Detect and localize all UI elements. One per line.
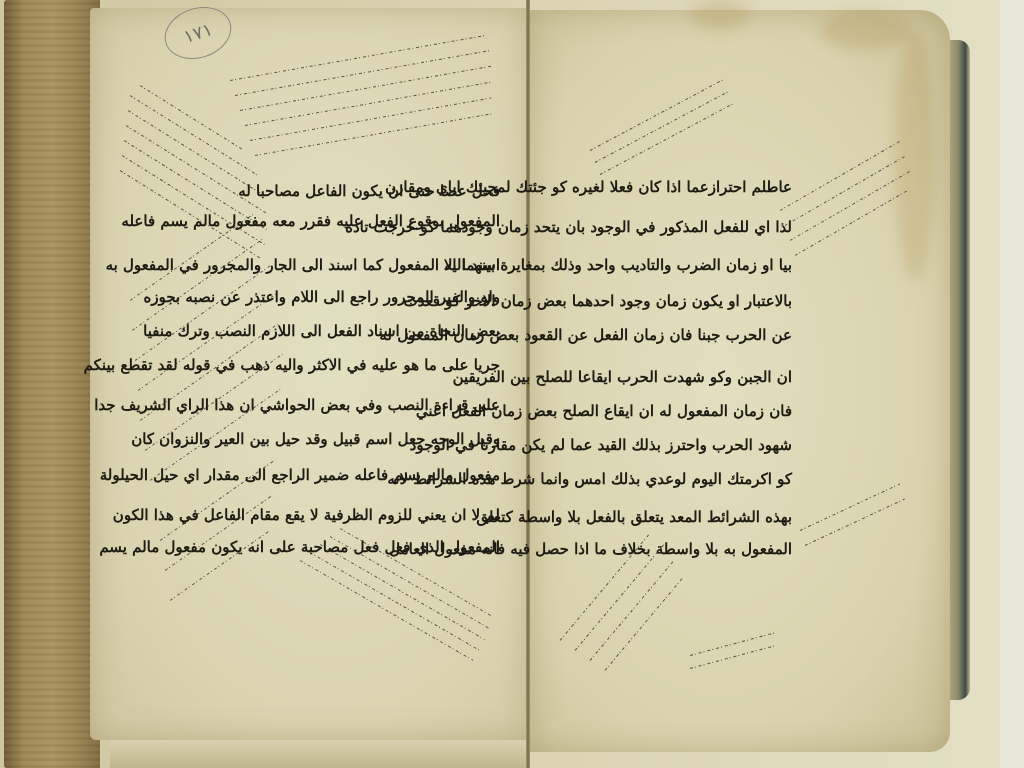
main-text-line: ان الجبن وكو شهدت الحرب ايقاعا للصلح بين… [453, 368, 792, 386]
main-text-line: شهود الحرب واحترز بذلك القيد عما لم يكن … [410, 436, 792, 454]
main-text-line: عاطلم احترازعما اذا كان فعلا لغيره كو جئ… [385, 178, 792, 196]
leather-cover-spine [4, 0, 100, 768]
main-text-line: بهذه الشرائط المعد يتعلق بالفعل بلا واسط… [476, 508, 792, 526]
main-text-line: جريا على ما هو عليه في الاكثر واليه ذهب … [84, 356, 500, 374]
main-text-line: فان زمان المفعول له ان ايقاع الصلح بعض ز… [416, 402, 792, 420]
water-stain [895, 30, 935, 280]
main-text-line: عن الحرب جبنا فان زمان الفعل عن القعود ب… [379, 326, 792, 344]
water-stain [820, 10, 910, 50]
main-text-line: بيا او زمان الضرب والتاديب واحد وذلك بمغ… [444, 256, 792, 274]
main-text-line: المفعول به بلا واسطة بخلاف ما اذا حصل في… [389, 540, 792, 558]
table-edge [1000, 0, 1024, 768]
main-text-line: كو اكرمتك اليوم لوعدي بذلك امس وانما شرط… [387, 470, 792, 488]
main-text-line: اسند اليه المفعول كما اسند الى الجار وال… [106, 256, 500, 274]
main-text-line: لم لا ان يعني للزوم الظرفية لا يقع مقام … [113, 506, 500, 524]
main-text-line: بالاعتبار او يكون زمان وجود احدهما بعض ز… [404, 292, 792, 310]
main-text-line: لذا اي للفعل المذكور في الوجود بان يتحد … [345, 218, 792, 236]
water-stain [690, 0, 750, 30]
cover-bottom-edge [110, 740, 530, 768]
